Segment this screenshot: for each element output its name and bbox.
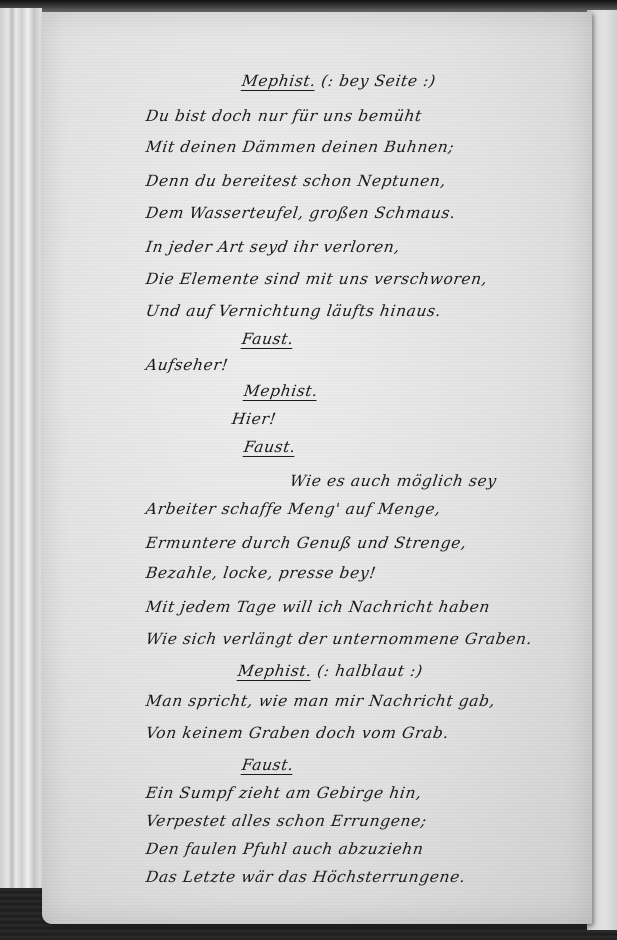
speaker-faust: Faust. <box>243 438 297 456</box>
verse-line: Du bist doch nur für uns bemüht <box>145 107 423 125</box>
verse-line: Und auf Vernichtung läufts hinaus. <box>145 302 443 320</box>
verse-line: In jeder Art seyd ihr verloren, <box>145 238 401 256</box>
left-page-stack <box>0 8 42 888</box>
verse-line: Die Elemente sind mit uns verschworen, <box>145 270 489 288</box>
verse-line: Denn du bereitest schon Neptunen, <box>145 172 448 190</box>
speaker-name: Mephist. <box>241 72 317 90</box>
speaker-name: Mephist. <box>237 662 313 680</box>
speaker-faust: Faust. <box>241 756 295 774</box>
manuscript-page: Mephist. (: bey Seite :) Du bist doch nu… <box>42 12 592 924</box>
verse-line: Von keinem Graben doch vom Grab. <box>145 724 451 742</box>
heading-mephist-halblaut: Mephist. (: halblaut :) <box>237 662 424 680</box>
verse-line: Aufseher! <box>145 356 230 374</box>
speaker-name: Faust. <box>243 438 297 456</box>
verse-line: Wie sich verlängt der unternommene Grabe… <box>145 630 534 648</box>
verse-line: Das Letzte wär das Höchsterrungene. <box>145 868 467 886</box>
stage-direction: (: bey Seite :) <box>320 72 437 90</box>
book-top-edge <box>0 0 617 12</box>
verse-line: Ein Sumpf zieht am Gebirge hin, <box>145 784 423 802</box>
speaker-mephist: Mephist. <box>243 382 319 400</box>
stage-direction: (: halblaut :) <box>316 662 424 680</box>
verse-line: Den faulen Pfuhl auch abzuziehn <box>145 840 425 858</box>
verse-line: Hier! <box>231 410 278 428</box>
verse-line: Bezahle, locke, presse bey! <box>145 564 378 582</box>
verse-line: Dem Wasserteufel, großen Schmaus. <box>145 204 457 222</box>
verse-line: Wie es auch möglich sey <box>289 472 498 490</box>
speaker-name: Faust. <box>241 756 295 774</box>
verse-line: Verpestet alles schon Errungene; <box>145 812 428 830</box>
speaker-name: Mephist. <box>243 382 319 400</box>
verse-line: Mit jedem Tage will ich Nachricht haben <box>145 598 492 616</box>
verse-line: Ermuntere durch Genuß und Strenge, <box>145 534 468 552</box>
heading-mephist: Mephist. (: bey Seite :) <box>241 72 437 90</box>
speaker-faust: Faust. <box>241 330 295 348</box>
speaker-name: Faust. <box>241 330 295 348</box>
verse-line: Man spricht, wie man mir Nachricht gab, <box>145 692 497 710</box>
verse-line: Arbeiter schaffe Meng' auf Menge, <box>145 500 442 518</box>
verse-line: Mit deinen Dämmen deinen Buhnen; <box>145 138 456 156</box>
